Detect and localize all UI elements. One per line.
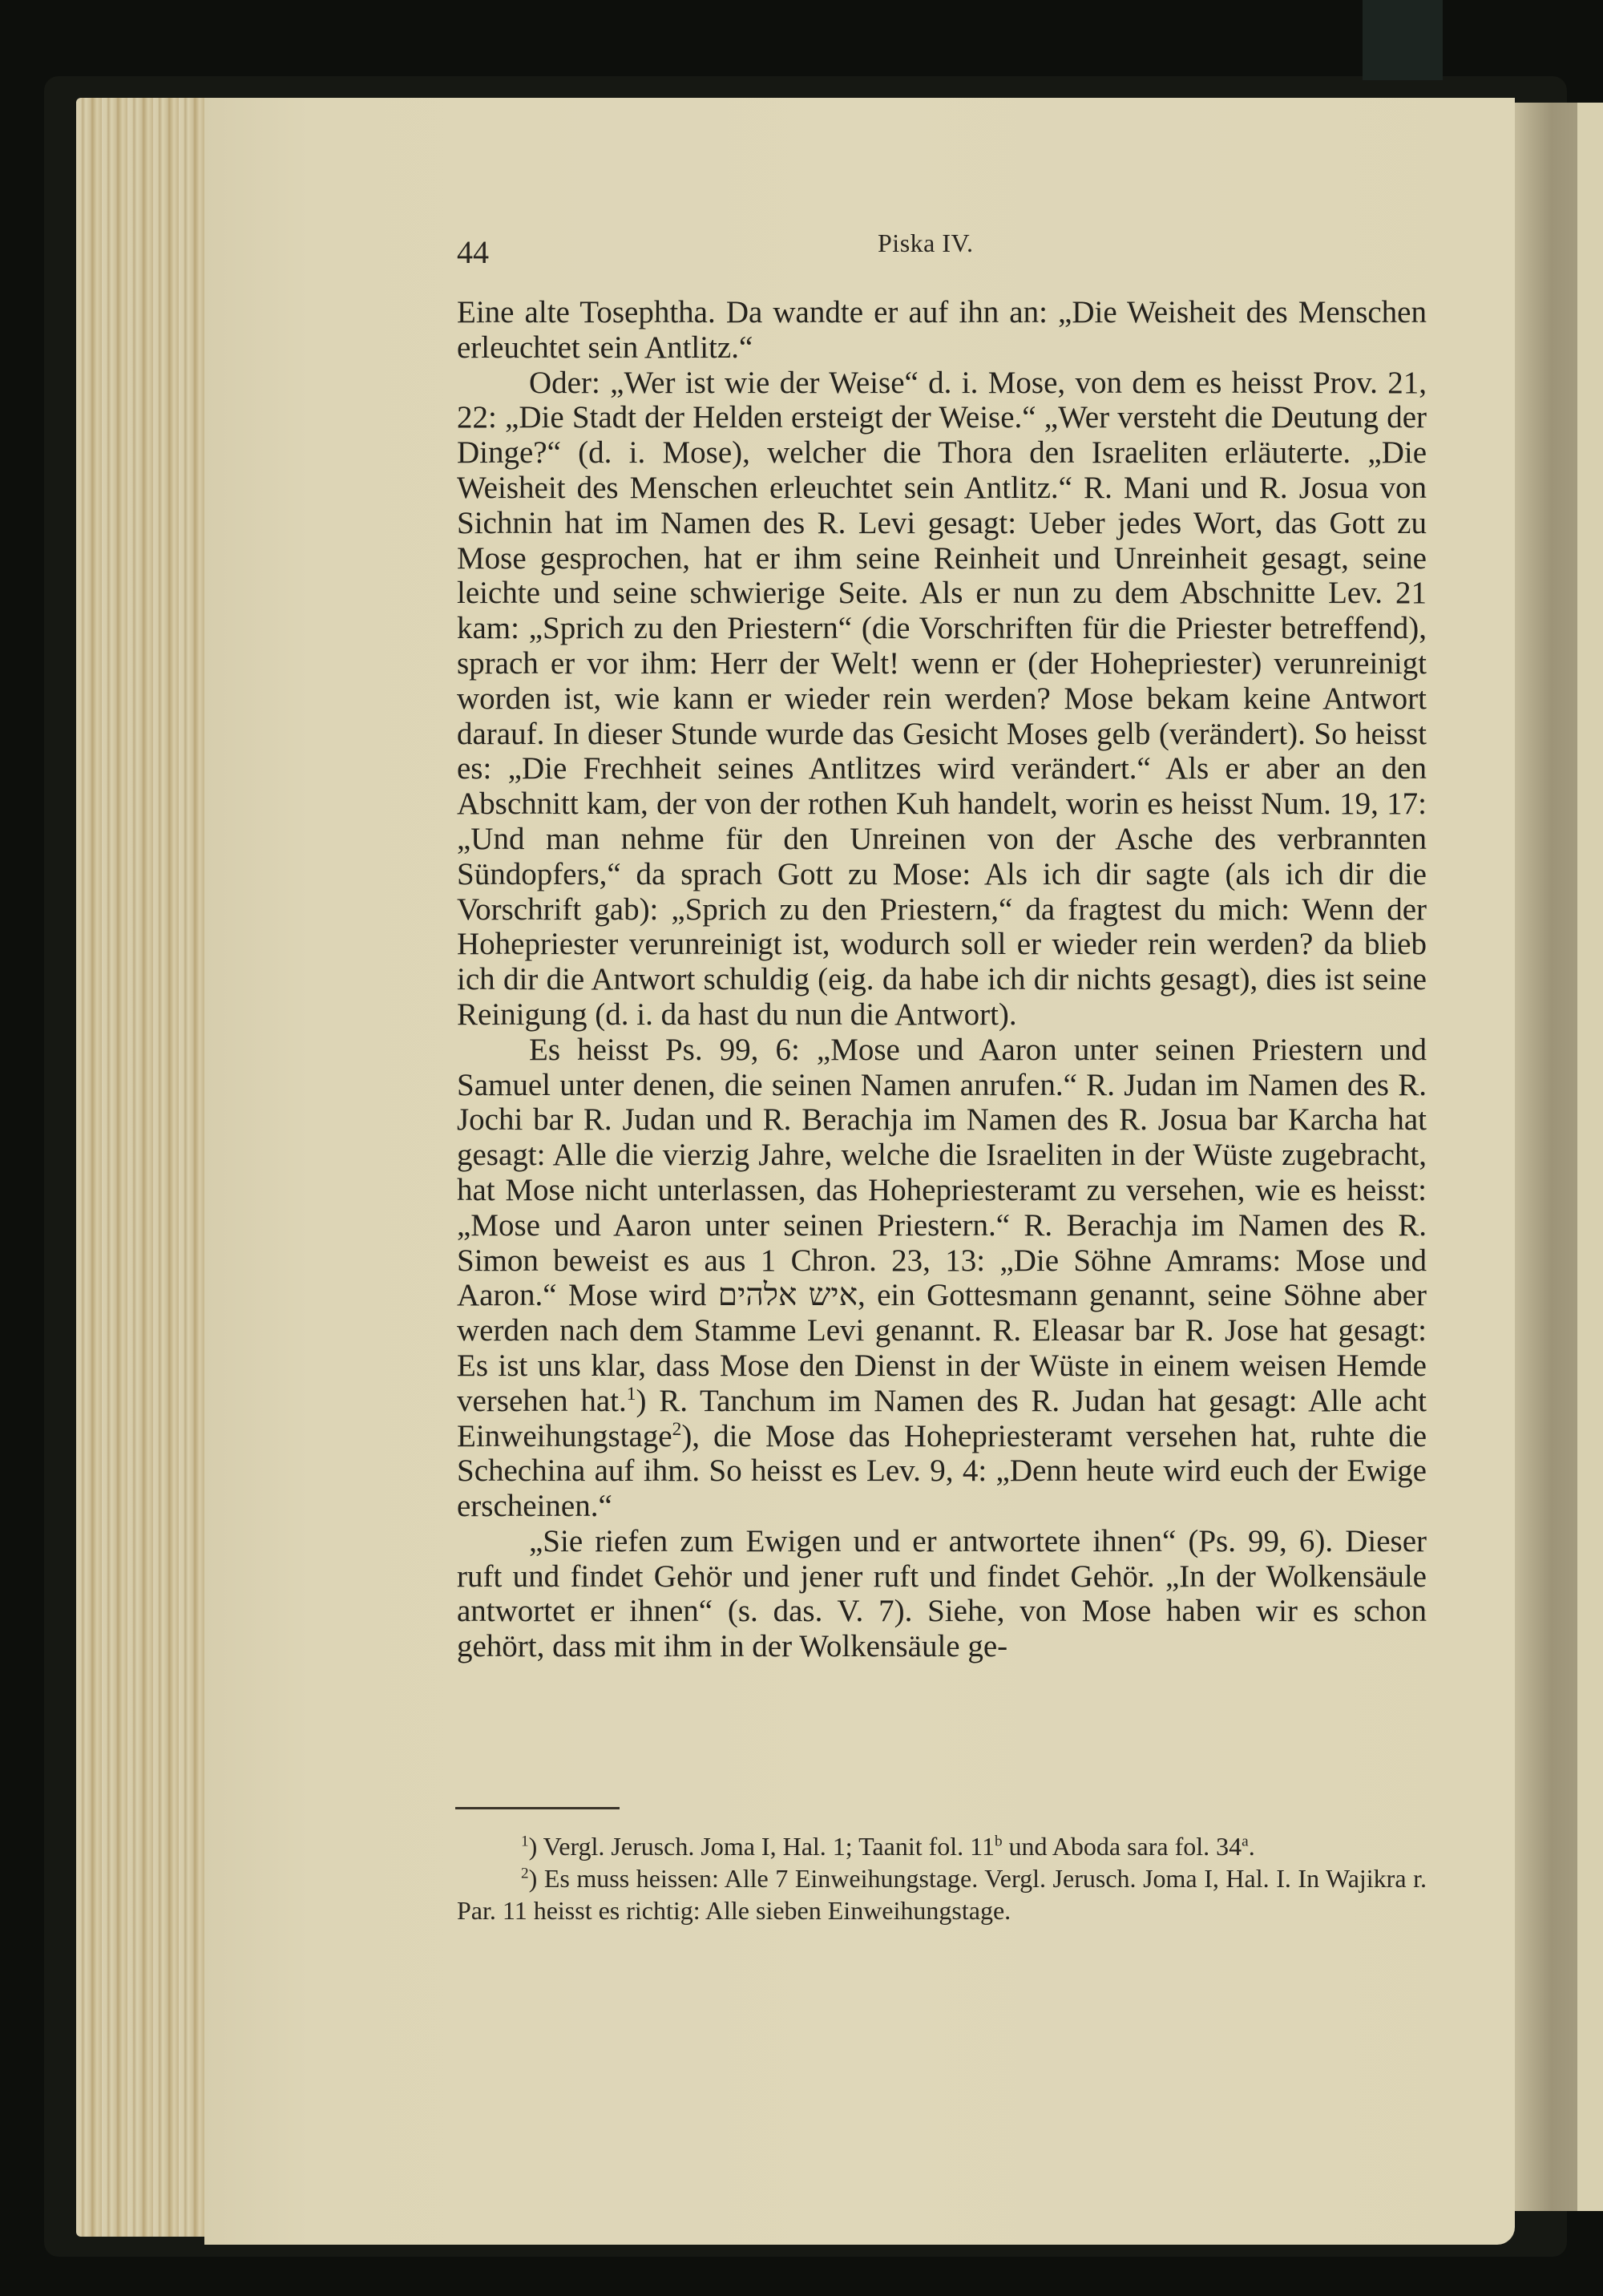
footnote-divider [455,1807,620,1809]
page-edges [76,98,204,2237]
hebrew-phrase: איש אלהים [718,1278,858,1312]
footnote-marker: 1 [521,1833,529,1849]
paragraph: Oder: „Wer ist wie der Weise“ d. i. Mose… [457,366,1427,1033]
footnote-text: ) Vergl. Jerusch. Joma I, Hal. 1; Taanit… [529,1832,995,1861]
folio-side: a [1242,1833,1249,1849]
section-title: Piska IV. [878,228,973,258]
body-text: Eine alte Tosephtha. Da wandte er auf ih… [457,295,1427,1664]
paragraph: Eine alte Tosephtha. Da wandte er auf ih… [457,295,1427,366]
footnote-ref-1[interactable]: 1 [627,1384,636,1405]
footnote-marker: 2 [521,1865,529,1882]
book-spine-edge [1363,0,1443,80]
paragraph: „Sie riefen zum Ewigen und er antwortete… [457,1524,1427,1664]
running-head: 44 Piska IV. [457,228,1419,277]
page-number: 44 [457,233,489,271]
folio-side: b [995,1833,1003,1849]
footnote-text: und Aboda sara fol. 34 [1003,1832,1242,1861]
paragraph: Es heisst Ps. 99, 6: „Mose und Aaron unt… [457,1033,1427,1524]
footnote-text: . [1249,1832,1255,1861]
facing-page-edge [1577,103,1603,2211]
footnote-text: ) Es muss heissen: Alle 7 Einweihungstag… [457,1864,1427,1925]
footnote-1: 1) Vergl. Jerusch. Joma I, Hal. 1; Taani… [457,1830,1427,1862]
footnote-ref-2[interactable]: 2 [672,1419,682,1440]
page-gutter-shadow [1511,103,1579,2211]
footnotes: 1) Vergl. Jerusch. Joma I, Hal. 1; Taani… [457,1830,1427,1926]
text-run: Es heisst Ps. 99, 6: „Mose und Aaron unt… [457,1033,1427,1313]
footnote-2: 2) Es muss heissen: Alle 7 Einweihungsta… [457,1862,1427,1926]
